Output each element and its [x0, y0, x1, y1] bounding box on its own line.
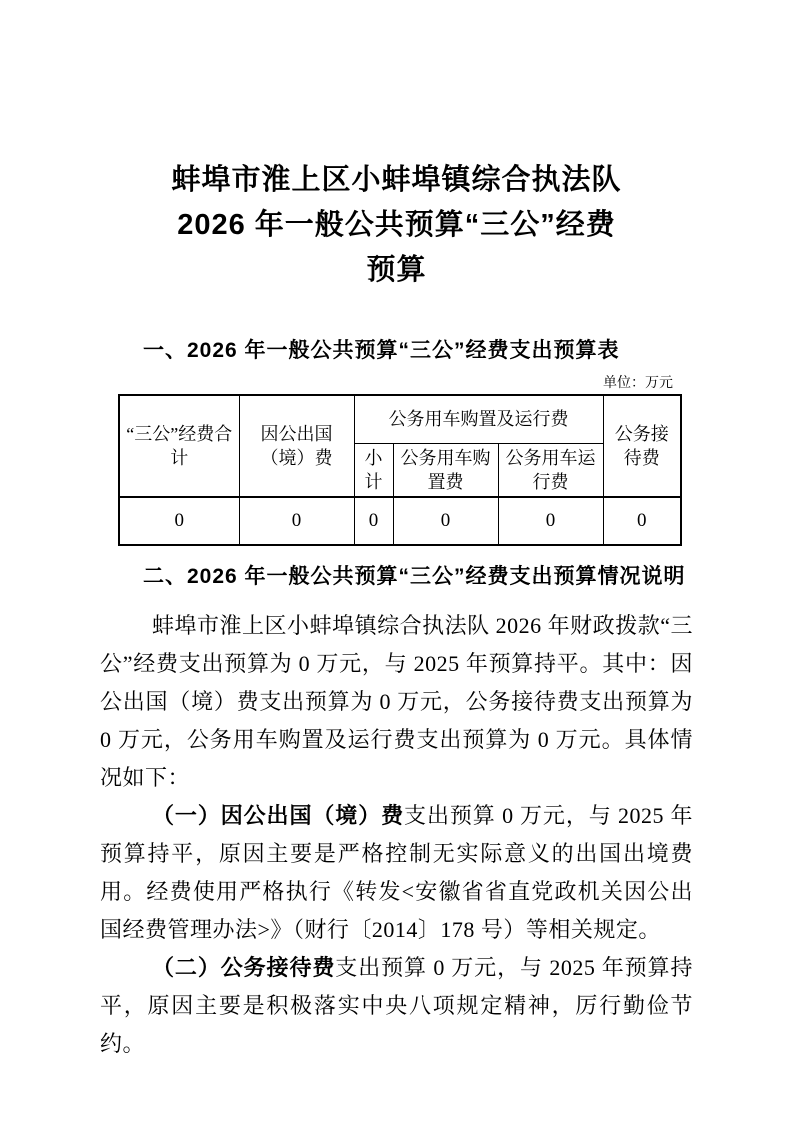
col-header-total: “三公”经费合计: [119, 395, 239, 497]
section2-heading: 二、2026 年一般公共预算“三公”经费支出预算情况说明: [100, 559, 693, 595]
unit-note: 单位：万元: [100, 376, 680, 392]
section1-heading-text: 一、2026 年一般公共预算“三公”经费支出预算表: [143, 339, 620, 362]
value-vehicle-operation: 0: [498, 497, 603, 545]
col-header-vehicle-operation: 公务用车运行费: [498, 443, 603, 497]
paragraphs: 蚌埠市淮上区小蚌埠镇综合执法队 2026 年财政拨款“三公”经费支出预算为 0 …: [100, 607, 693, 1063]
title-line-2: 2026 年一般公共预算“三公”经费: [100, 203, 693, 248]
col-header-vehicle-group: 公务用车购置及运行费: [354, 395, 603, 443]
paragraph-text: 蚌埠市淮上区小蚌埠镇综合执法队 2026 年财政拨款“三公”经费支出预算为 0 …: [100, 613, 693, 790]
table-value-row: 0 0 0 0 0 0: [119, 497, 681, 545]
paragraph-lead-bold: （一）因公出国（境）费: [152, 803, 404, 828]
col-header-abroad: 因公出国（境）费: [239, 395, 354, 497]
document-title: 蚌埠市淮上区小蚌埠镇综合执法队 2026 年一般公共预算“三公”经费 预算: [100, 158, 693, 293]
value-total: 0: [119, 497, 239, 545]
value-abroad: 0: [239, 497, 354, 545]
three-public-budget-table: “三公”经费合计 因公出国（境）费 公务用车购置及运行费 公务接待费 小计 公务…: [118, 394, 682, 546]
paragraph: （一）因公出国（境）费支出预算 0 万元，与 2025 年预算持平，原因主要是严…: [100, 797, 693, 949]
col-header-vehicle-subtotal: 小计: [354, 443, 393, 497]
value-vehicle-purchase: 0: [393, 497, 498, 545]
col-header-reception: 公务接待费: [603, 395, 681, 497]
title-line-1: 蚌埠市淮上区小蚌埠镇综合执法队: [100, 158, 693, 203]
value-vehicle-subtotal: 0: [354, 497, 393, 545]
value-reception: 0: [603, 497, 681, 545]
title-line-3: 预算: [100, 248, 693, 293]
paragraph-lead-bold: （二）公务接待费: [152, 955, 335, 980]
section1-heading: 一、2026 年一般公共预算“三公”经费支出预算表: [100, 333, 693, 369]
paragraph: 蚌埠市淮上区小蚌埠镇综合执法队 2026 年财政拨款“三公”经费支出预算为 0 …: [100, 607, 693, 797]
document-page: 蚌埠市淮上区小蚌埠镇综合执法队 2026 年一般公共预算“三公”经费 预算 一、…: [0, 0, 793, 1122]
paragraph: （二）公务接待费支出预算 0 万元，与 2025 年预算持平，原因主要是积极落实…: [100, 949, 693, 1063]
section2-heading-text: 二、2026 年一般公共预算“三公”经费支出预算情况说明: [143, 565, 686, 588]
col-header-vehicle-purchase: 公务用车购置费: [393, 443, 498, 497]
table-header-row-1: “三公”经费合计 因公出国（境）费 公务用车购置及运行费 公务接待费: [119, 395, 681, 443]
